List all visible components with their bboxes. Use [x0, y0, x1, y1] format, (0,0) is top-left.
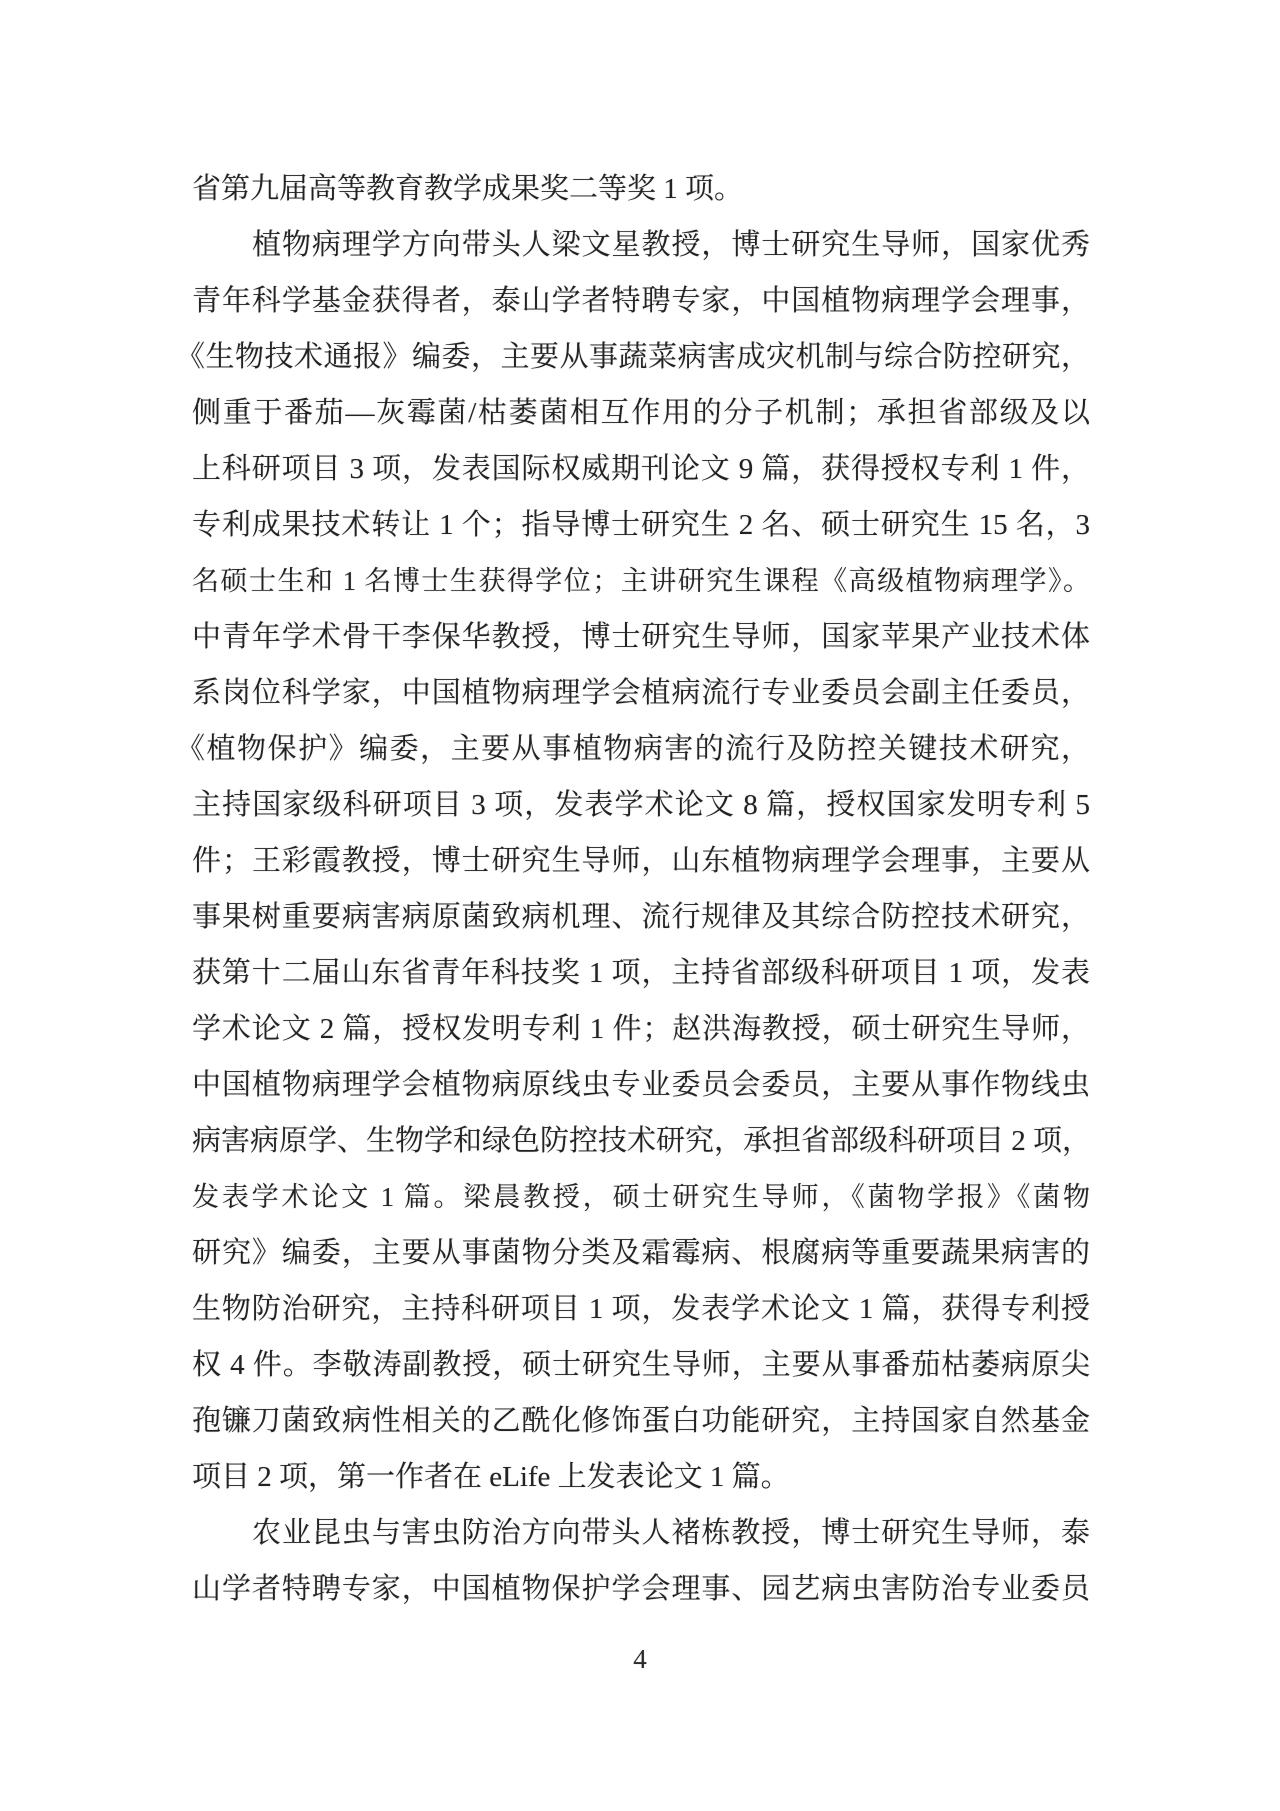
text-line: 《植物保护》编委，主要从事植物病害的流行及防控关键技术研究， — [176, 721, 1090, 777]
text-line: 孢镰刀菌致病性相关的乙酰化修饰蛋白功能研究，主持国家自然基金 — [192, 1393, 1090, 1449]
text-line: 病害病原学、生物学和绿色防控技术研究，承担省部级科研项目 2 项， — [192, 1113, 1090, 1169]
text-line: 山学者特聘专家，中国植物保护学会理事、园艺病虫害防治专业委员 — [192, 1561, 1090, 1617]
text-line: 生物防治研究，主持科研项目 1 项，发表学术论文 1 篇，获得专利授 — [192, 1281, 1090, 1337]
text-line: 获第十二届山东省青年科技奖 1 项，主持省部级科研项目 1 项，发表 — [192, 945, 1090, 1001]
page-number: 4 — [0, 1644, 1280, 1674]
text-line: 植物病理学方向带头人梁文星教授，博士研究生导师，国家优秀 — [192, 217, 1090, 273]
text-line: 专利成果技术转让 1 个；指导博士研究生 2 名、硕士研究生 15 名，3 — [192, 497, 1090, 553]
text-line: 中国植物病理学会植物病原线虫专业委员会委员，主要从事作物线虫 — [192, 1057, 1090, 1113]
text-line: 农业昆虫与害虫防治方向带头人褚栋教授，博士研究生导师，泰 — [192, 1505, 1090, 1561]
text-line: 青年科学基金获得者，泰山学者特聘专家，中国植物病理学会理事， — [192, 273, 1090, 329]
text-line: 侧重于番茄—灰霉菌/枯萎菌相互作用的分子机制；承担省部级及以 — [192, 385, 1090, 441]
text-line: 中青年学术骨干李保华教授，博士研究生导师，国家苹果产业技术体 — [192, 609, 1090, 665]
document-page: 省第九届高等教育教学成果奖二等奖 1 项。 植物病理学方向带头人梁文星教授，博士… — [0, 0, 1280, 1811]
text-line: 事果树重要病害病原菌致病机理、流行规律及其综合防控技术研究， — [192, 889, 1090, 945]
text-line: 项目 2 项，第一作者在 eLife 上发表论文 1 篇。 — [192, 1449, 1090, 1505]
text-line: 主持国家级科研项目 3 项，发表学术论文 8 篇，授权国家发明专利 5 — [192, 777, 1090, 833]
text-line: 学术论文 2 篇，授权发明专利 1 件；赵洪海教授，硕士研究生导师， — [192, 1001, 1090, 1057]
text-line: 名硕士生和 1 名博士生获得学位；主讲研究生课程《高级植物病理学》。 — [192, 553, 1090, 609]
text-line: 系岗位科学家，中国植物病理学会植病流行专业委员会副主任委员， — [192, 665, 1090, 721]
text-line: 权 4 件。李敬涛副教授，硕士研究生导师，主要从事番茄枯萎病原尖 — [192, 1337, 1090, 1393]
document-body: 省第九届高等教育教学成果奖二等奖 1 项。 植物病理学方向带头人梁文星教授，博士… — [192, 161, 1090, 1617]
text-line: 发表学术论文 1 篇。梁晨教授，硕士研究生导师，《菌物学报》《菌物 — [192, 1169, 1090, 1225]
text-line: 省第九届高等教育教学成果奖二等奖 1 项。 — [192, 161, 1090, 217]
text-line: 研究》编委，主要从事菌物分类及霜霉病、根腐病等重要蔬果病害的 — [192, 1225, 1090, 1281]
text-line: 《生物技术通报》编委，主要从事蔬菜病害成灾机制与综合防控研究， — [176, 329, 1090, 385]
text-line: 上科研项目 3 项，发表国际权威期刊论文 9 篇，获得授权专利 1 件， — [192, 441, 1090, 497]
text-line: 件；王彩霞教授，博士研究生导师，山东植物病理学会理事，主要从 — [192, 833, 1090, 889]
